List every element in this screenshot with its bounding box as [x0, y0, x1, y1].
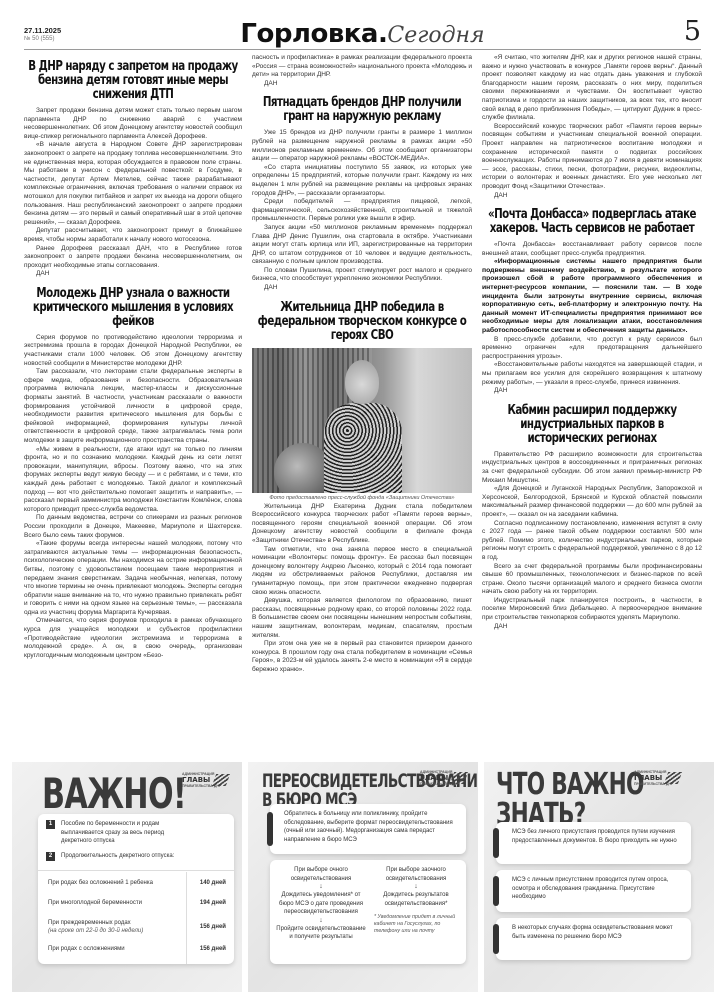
title-script: Сегодня	[387, 23, 484, 48]
arrow-down-icon: ↓	[370, 883, 462, 891]
infographic-important: ВАЖНО! АДМИНИСТРАЦИЯ ГЛАВЫ ПРАВИТЕЛЬСТВА…	[12, 762, 242, 992]
important-item-1: 1Пособие по беременности и родам выплачи…	[46, 820, 226, 846]
article-brands: Пятнадцать брендов ДНР получили грант на…	[252, 96, 472, 292]
infographics-row: ВАЖНО! АДМИНИСТРАЦИЯ ГЛАВЫ ПРАВИТЕЛЬСТВА…	[12, 762, 713, 992]
important-title: ВАЖНО!	[42, 772, 186, 816]
paragraph: При этом она уже не в первый раз станови…	[252, 640, 472, 674]
number-badge: 2	[46, 852, 55, 861]
paragraph: По данным ведомства, встречи со спикерам…	[24, 514, 242, 540]
bold-quote: «Информационные системы нашего предприят…	[482, 258, 702, 335]
number-badge: 1	[46, 820, 55, 829]
paragraph: Там рассказали, что лекторами стали феде…	[24, 368, 242, 445]
important-item-2: 2Продолжительность декретного отпуска:	[46, 852, 226, 861]
headline-parks: Кабмин расширил поддержку индустриальных…	[483, 404, 701, 446]
divider	[186, 872, 187, 964]
paragraph: Жительница ДНР Екатерина Дудник стала по…	[252, 503, 472, 546]
mse-right-branch: При выборе заочного освидетельствования …	[370, 866, 462, 935]
accent-bar	[493, 876, 499, 906]
accent-bar	[493, 924, 499, 954]
know-title: ЧТО ВАЖНО ЗНАТЬ?	[496, 770, 644, 830]
signature: ДАН	[482, 387, 702, 396]
paragraph: Запуск акции «50 миллионов рекламным вре…	[252, 224, 472, 267]
column-3: «Я считаю, что жителям ДНР, как и других…	[482, 54, 702, 754]
paragraph: Среди победителей — предприятия пищевой,…	[252, 198, 472, 224]
divider	[38, 870, 234, 871]
paragraph: В пресс-службе добавили, что доступ к ря…	[482, 336, 702, 362]
paragraph: Ранее Дорофеев рассказал ДАН, что в Респ…	[24, 245, 242, 271]
know-item-3: В некоторых случаях форма освидетельство…	[496, 918, 691, 960]
newspaper-title: Горловка.Сегодня	[24, 18, 701, 51]
youth-continuation: пасность и профилактика» в рамках реализ…	[252, 54, 472, 80]
article-parks: Кабмин расширил поддержку индустриальных…	[482, 404, 702, 631]
headline-youth: Молодежь ДНР узнала о важности критическ…	[25, 287, 241, 329]
paragraph: «Мы живем в реальности, где атаки идут н…	[24, 446, 242, 515]
paragraph: Серия форумов по противодействию идеолог…	[24, 334, 242, 368]
administration-logo: АДМИНИСТРАЦИЯ ГЛАВЫ ПРАВИТЕЛЬСТВА ДНР	[634, 770, 680, 790]
masthead: 27.11.2025 № 50 (555) Горловка.Сегодня 5	[24, 12, 701, 50]
paragraph: Правительство РФ расширило возможности д…	[482, 451, 702, 485]
column-1: В ДНР наряду с запретом на продажу бензи…	[24, 54, 242, 754]
paragraph: «Такие форумы всегда интересны нашей мол…	[24, 540, 242, 617]
know-item-2: МСЭ с личным присутствием проводится пут…	[496, 870, 691, 912]
photo-ekaterina-dudnik	[252, 348, 472, 493]
paragraph: «В начале августа в Народном Совете ДНР …	[24, 141, 242, 227]
article-contest: Жительница ДНР победила в федеральном тв…	[252, 301, 472, 675]
know-item-1: МСЭ без личного присутствия проводится п…	[496, 822, 691, 864]
article-post: «Почта Донбасса» подверглась атаке хакер…	[482, 208, 702, 396]
paragraph: Там отметили, что она заняла первое мест…	[252, 546, 472, 598]
article-youth: Молодежь ДНР узнала о важности критическ…	[24, 287, 242, 661]
person-body	[324, 403, 402, 493]
headline-brands: Пятнадцать брендов ДНР получили грант на…	[253, 96, 471, 124]
signature: ДАН	[482, 623, 702, 632]
paragraph: «Со старта инициативы поступило 55 заяво…	[252, 164, 472, 198]
photo-caption: Фото предоставлено пресс-службой фонда «…	[252, 495, 472, 501]
paragraph: По словам Пушилина, проект стимулирует р…	[252, 267, 472, 284]
arrow-down-icon: ↓	[274, 917, 368, 925]
arrow-down-icon: ↓	[274, 883, 368, 891]
administration-logo: АДМИНИСТРАЦИЯ ГЛАВЫ ПРАВИТЕЛЬСТВА ДНР	[420, 770, 466, 790]
signature: ДАН	[24, 270, 242, 279]
paragraph: «Восстановительные работы находятся на з…	[482, 361, 702, 387]
administration-logo: АДМИНИСТРАЦИЯ ГЛАВЫ ПРАВИТЕЛЬСТВА ДНР	[182, 772, 228, 792]
infographic-mse: ПЕРЕОСВИДЕТЕЛЬСТВОВАНИЕ В БЮРО МСЭ АДМИН…	[248, 762, 478, 992]
paragraph: «Для Донецкой и Луганской Народных Респу…	[482, 485, 702, 519]
mse-steps-panel: При выборе очного освидетельствования ↓ …	[270, 860, 466, 964]
paragraph: Отмечается, что серия форумов проходила …	[24, 617, 242, 660]
paragraph: Согласно подписанному постановлению, изм…	[482, 520, 702, 563]
accent-bar	[267, 812, 273, 846]
important-panel: 1Пособие по беременности и родам выплачи…	[38, 814, 234, 964]
signature: ДАН	[482, 192, 702, 201]
signature: ДАН	[252, 80, 472, 89]
paragraph: Всего за счет федеральной программы были…	[482, 563, 702, 597]
headline-contest: Жительница ДНР победила в федеральном тв…	[253, 301, 471, 343]
paragraph: Депутат рассчитывает, что законопроект п…	[24, 227, 242, 244]
headline-post: «Почта Донбасса» подверглась атаке хакер…	[483, 208, 701, 236]
accent-bar	[493, 828, 499, 858]
title-main: Горловка	[240, 19, 378, 49]
paragraph: «Почта Донбасса» восстанавливает работу …	[482, 241, 702, 258]
person-head	[345, 360, 379, 404]
mse-footnote: * Уведомление придет в личный кабинет на…	[370, 914, 462, 935]
infographic-what-to-know: ЧТО ВАЖНО ЗНАТЬ? АДМИНИСТРАЦИЯ ГЛАВЫ ПРА…	[484, 762, 714, 992]
contest-continuation: Всероссийский конкурс творческих работ «…	[482, 123, 702, 192]
title-dot: .	[378, 19, 387, 49]
mse-left-branch: При выборе очного освидетельствования ↓ …	[274, 866, 368, 942]
paragraph: Уже 15 брендов из ДНР получили гранты в …	[252, 129, 472, 163]
article-petrol: В ДНР наряду с запретом на продажу бензи…	[24, 60, 242, 279]
headline-petrol: В ДНР наряду с запретом на продажу бензи…	[25, 60, 241, 102]
paragraph: Девушка, которая является филологом по о…	[252, 597, 472, 640]
mse-intro-panel: Обратитесь в больницу или поликлинику, п…	[270, 804, 466, 854]
page-number: 5	[684, 16, 701, 47]
column-2: пасность и профилактика» в рамках реализ…	[252, 54, 472, 754]
contest-continuation: «Я считаю, что жителям ДНР, как и других…	[482, 54, 702, 123]
signature: ДАН	[252, 284, 472, 293]
paragraph: Запрет продажи бензина детям может стать…	[24, 107, 242, 141]
paragraph: Индустриальный парк планируется построит…	[482, 597, 702, 623]
